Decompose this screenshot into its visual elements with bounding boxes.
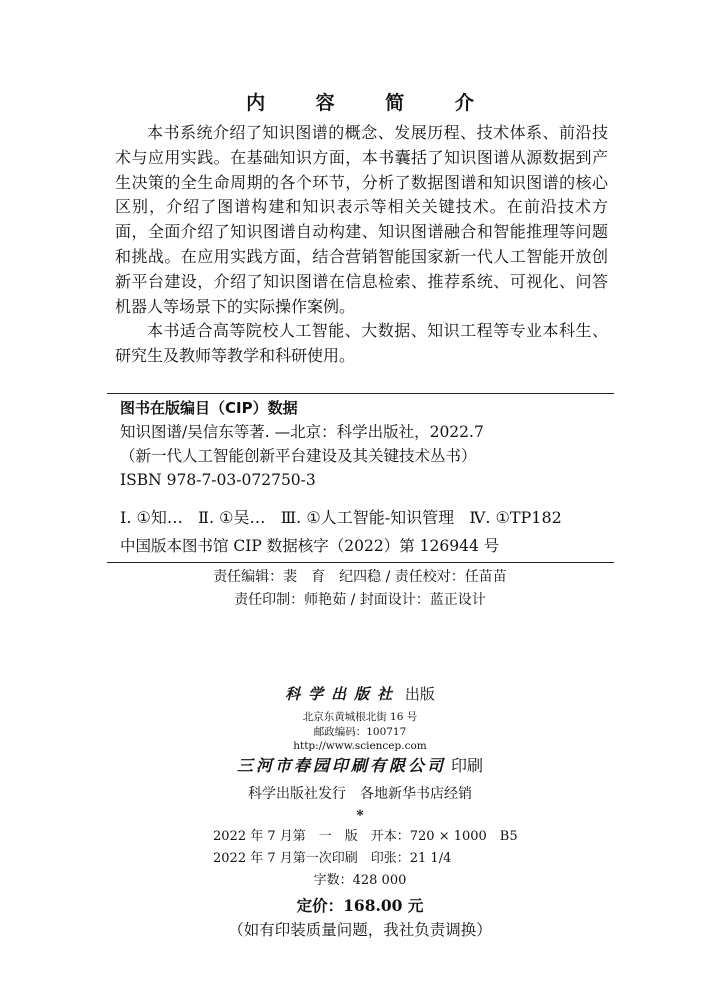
publisher-address-block: 北京东黄城根北街 16 号 邮政编码：100717 http://www.sci… bbox=[0, 710, 720, 754]
cip-heading: 图书在版编目（CIP）数据 bbox=[120, 396, 620, 420]
cip-verification-number: 中国版本图书馆 CIP 数据核字（2022）第 126944 号 bbox=[120, 534, 620, 558]
edition-info: 2022 年 7 月第 一 版 开本：720 × 1000 B5 2022 年 … bbox=[213, 826, 533, 870]
cip-bottom-divider bbox=[107, 562, 614, 563]
publisher-address: 北京东黄城根北街 16 号 bbox=[0, 710, 720, 725]
publisher-name: 科学出版社 bbox=[285, 685, 400, 703]
printing-line: 2022 年 7 月第一次印刷 印张：21 1/4 bbox=[213, 848, 533, 870]
cip-top-divider bbox=[107, 393, 614, 394]
intro-paragraph: 本书系统介绍了知识图谱的概念、发展历程、技术体系、前沿技术与应用实践。在基础知识… bbox=[115, 121, 608, 319]
edition-line: 2022 年 7 月第 一 版 开本：720 × 1000 B5 bbox=[213, 826, 533, 848]
printer-line: 三河市春园印刷有限公司 印刷 bbox=[0, 753, 720, 776]
publisher-action: 出版 bbox=[405, 685, 435, 703]
publisher-line: 科学出版社 出版 bbox=[0, 683, 720, 704]
editor-credits: 责任编辑：裴 育 纪四稳 / 责任校对：任苗苗 责任印制：师艳茹 / 封面设计：… bbox=[0, 566, 720, 612]
cip-line: ISBN 978-7-03-072750-3 bbox=[120, 468, 620, 492]
copyright-page: 内 容 简 介 本书系统介绍了知识图谱的概念、发展历程、技术体系、前沿技术与应用… bbox=[0, 0, 720, 1000]
separator-asterisk: * bbox=[0, 808, 720, 824]
cip-line: （新一代人工智能创新平台建设及其关键技术丛书） bbox=[120, 444, 620, 468]
cip-block: 图书在版编目（CIP）数据 知识图谱/吴信东等著. —北京：科学出版社，2022… bbox=[120, 396, 620, 558]
printer-name: 三河市春园印刷有限公司 bbox=[237, 756, 446, 775]
publisher-url: http://www.sciencep.com bbox=[0, 739, 720, 754]
word-count: 字数：428 000 bbox=[0, 870, 720, 892]
quality-note: （如有印装质量问题，我社负责调换） bbox=[0, 918, 720, 940]
credits-line: 责任编辑：裴 育 纪四稳 / 责任校对：任苗苗 bbox=[0, 566, 720, 589]
publisher-postal-code: 邮政编码：100717 bbox=[0, 725, 720, 740]
section-title: 内 容 简 介 bbox=[0, 88, 720, 115]
book-introduction: 本书系统介绍了知识图谱的概念、发展历程、技术体系、前沿技术与应用实践。在基础知识… bbox=[115, 121, 608, 369]
distribution-line: 科学出版社发行 各地新华书店经销 bbox=[0, 783, 720, 803]
price: 定价：168.00 元 bbox=[0, 894, 720, 916]
printer-action: 印刷 bbox=[451, 756, 483, 775]
cip-line: 知识图谱/吴信东等著. —北京：科学出版社，2022.7 bbox=[120, 420, 620, 444]
cip-classification: Ⅰ. ①知… Ⅱ. ①吴… Ⅲ. ①人工智能-知识管理 Ⅳ. ①TP182 bbox=[120, 506, 620, 530]
intro-paragraph: 本书适合高等院校人工智能、大数据、知识工程等专业本科生、研究生及教师等教学和科研… bbox=[115, 319, 608, 369]
credits-line: 责任印制：师艳茹 / 封面设计：蓝正设计 bbox=[0, 589, 720, 612]
